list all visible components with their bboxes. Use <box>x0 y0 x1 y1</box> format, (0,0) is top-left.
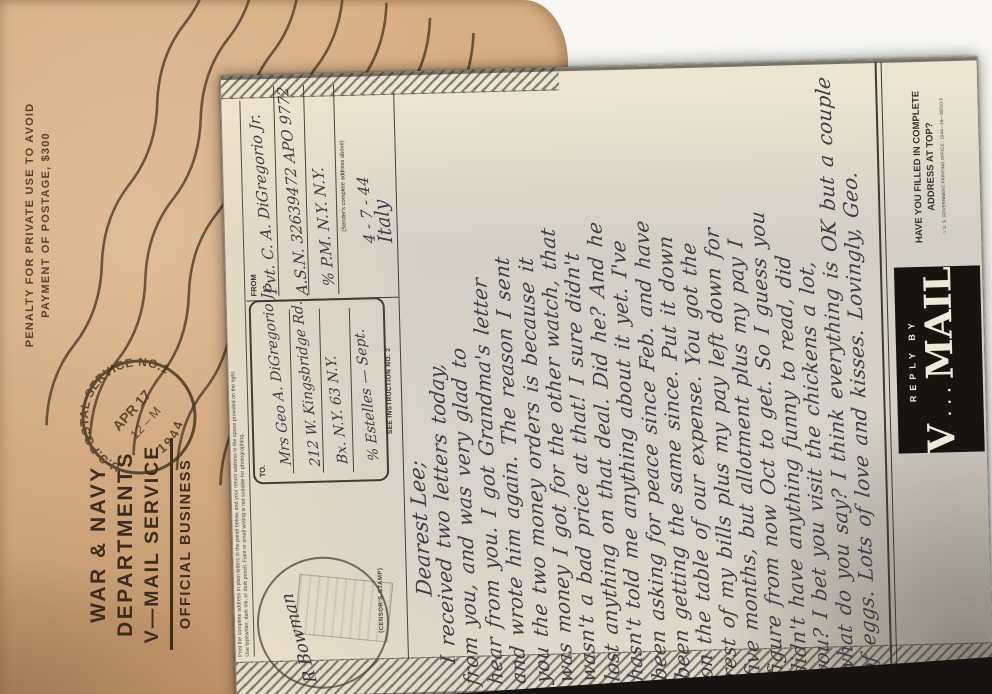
to-address-box: TO. Mrs Geo A. DiGregorio Jr. 212 W. Kin… <box>249 297 390 484</box>
vmail-form: Print the complete address in plain lett… <box>220 56 992 694</box>
to-label: TO. <box>258 465 267 478</box>
vmail-mail: MAIL <box>915 266 962 380</box>
have-you-filled-note: HAVE YOU FILLED IN COMPLETE ADDRESS AT T… <box>909 60 941 273</box>
vmail-v: V <box>919 423 964 453</box>
penalty-notice: PENALTY FOR PRIVATE USE TO AVOID PAYMENT… <box>22 69 68 381</box>
from-label: FROM <box>249 274 259 296</box>
vmail-logo: REPLY BY V · · · — MAIL <box>894 265 985 453</box>
vmail-wordmark: V · · · — MAIL <box>915 265 992 454</box>
to-address-line: % Estelles — Sept. <box>351 328 382 461</box>
penalty-line-1: PENALTY FOR PRIVATE USE TO AVOID <box>22 69 38 381</box>
to-address-line: Bx. N.Y. 63 N.Y. <box>323 355 352 464</box>
sender-caption: (Sender's complete address above) <box>338 96 349 276</box>
vmail-morse-icon: · · · — <box>928 382 992 419</box>
penalty-line-2: PAYMENT OF POSTAGE, $300 <box>38 69 54 381</box>
scanned-vmail-photo: PENALTY FOR PRIVATE USE TO AVOID PAYMENT… <box>0 0 992 694</box>
letter-place: Italy <box>370 200 398 243</box>
letter-body: I received two letters today, from you, … <box>421 74 881 685</box>
from-address-line: % P.M. N.Y. N.Y. <box>309 166 339 286</box>
panel-bottom-rule <box>393 93 409 659</box>
